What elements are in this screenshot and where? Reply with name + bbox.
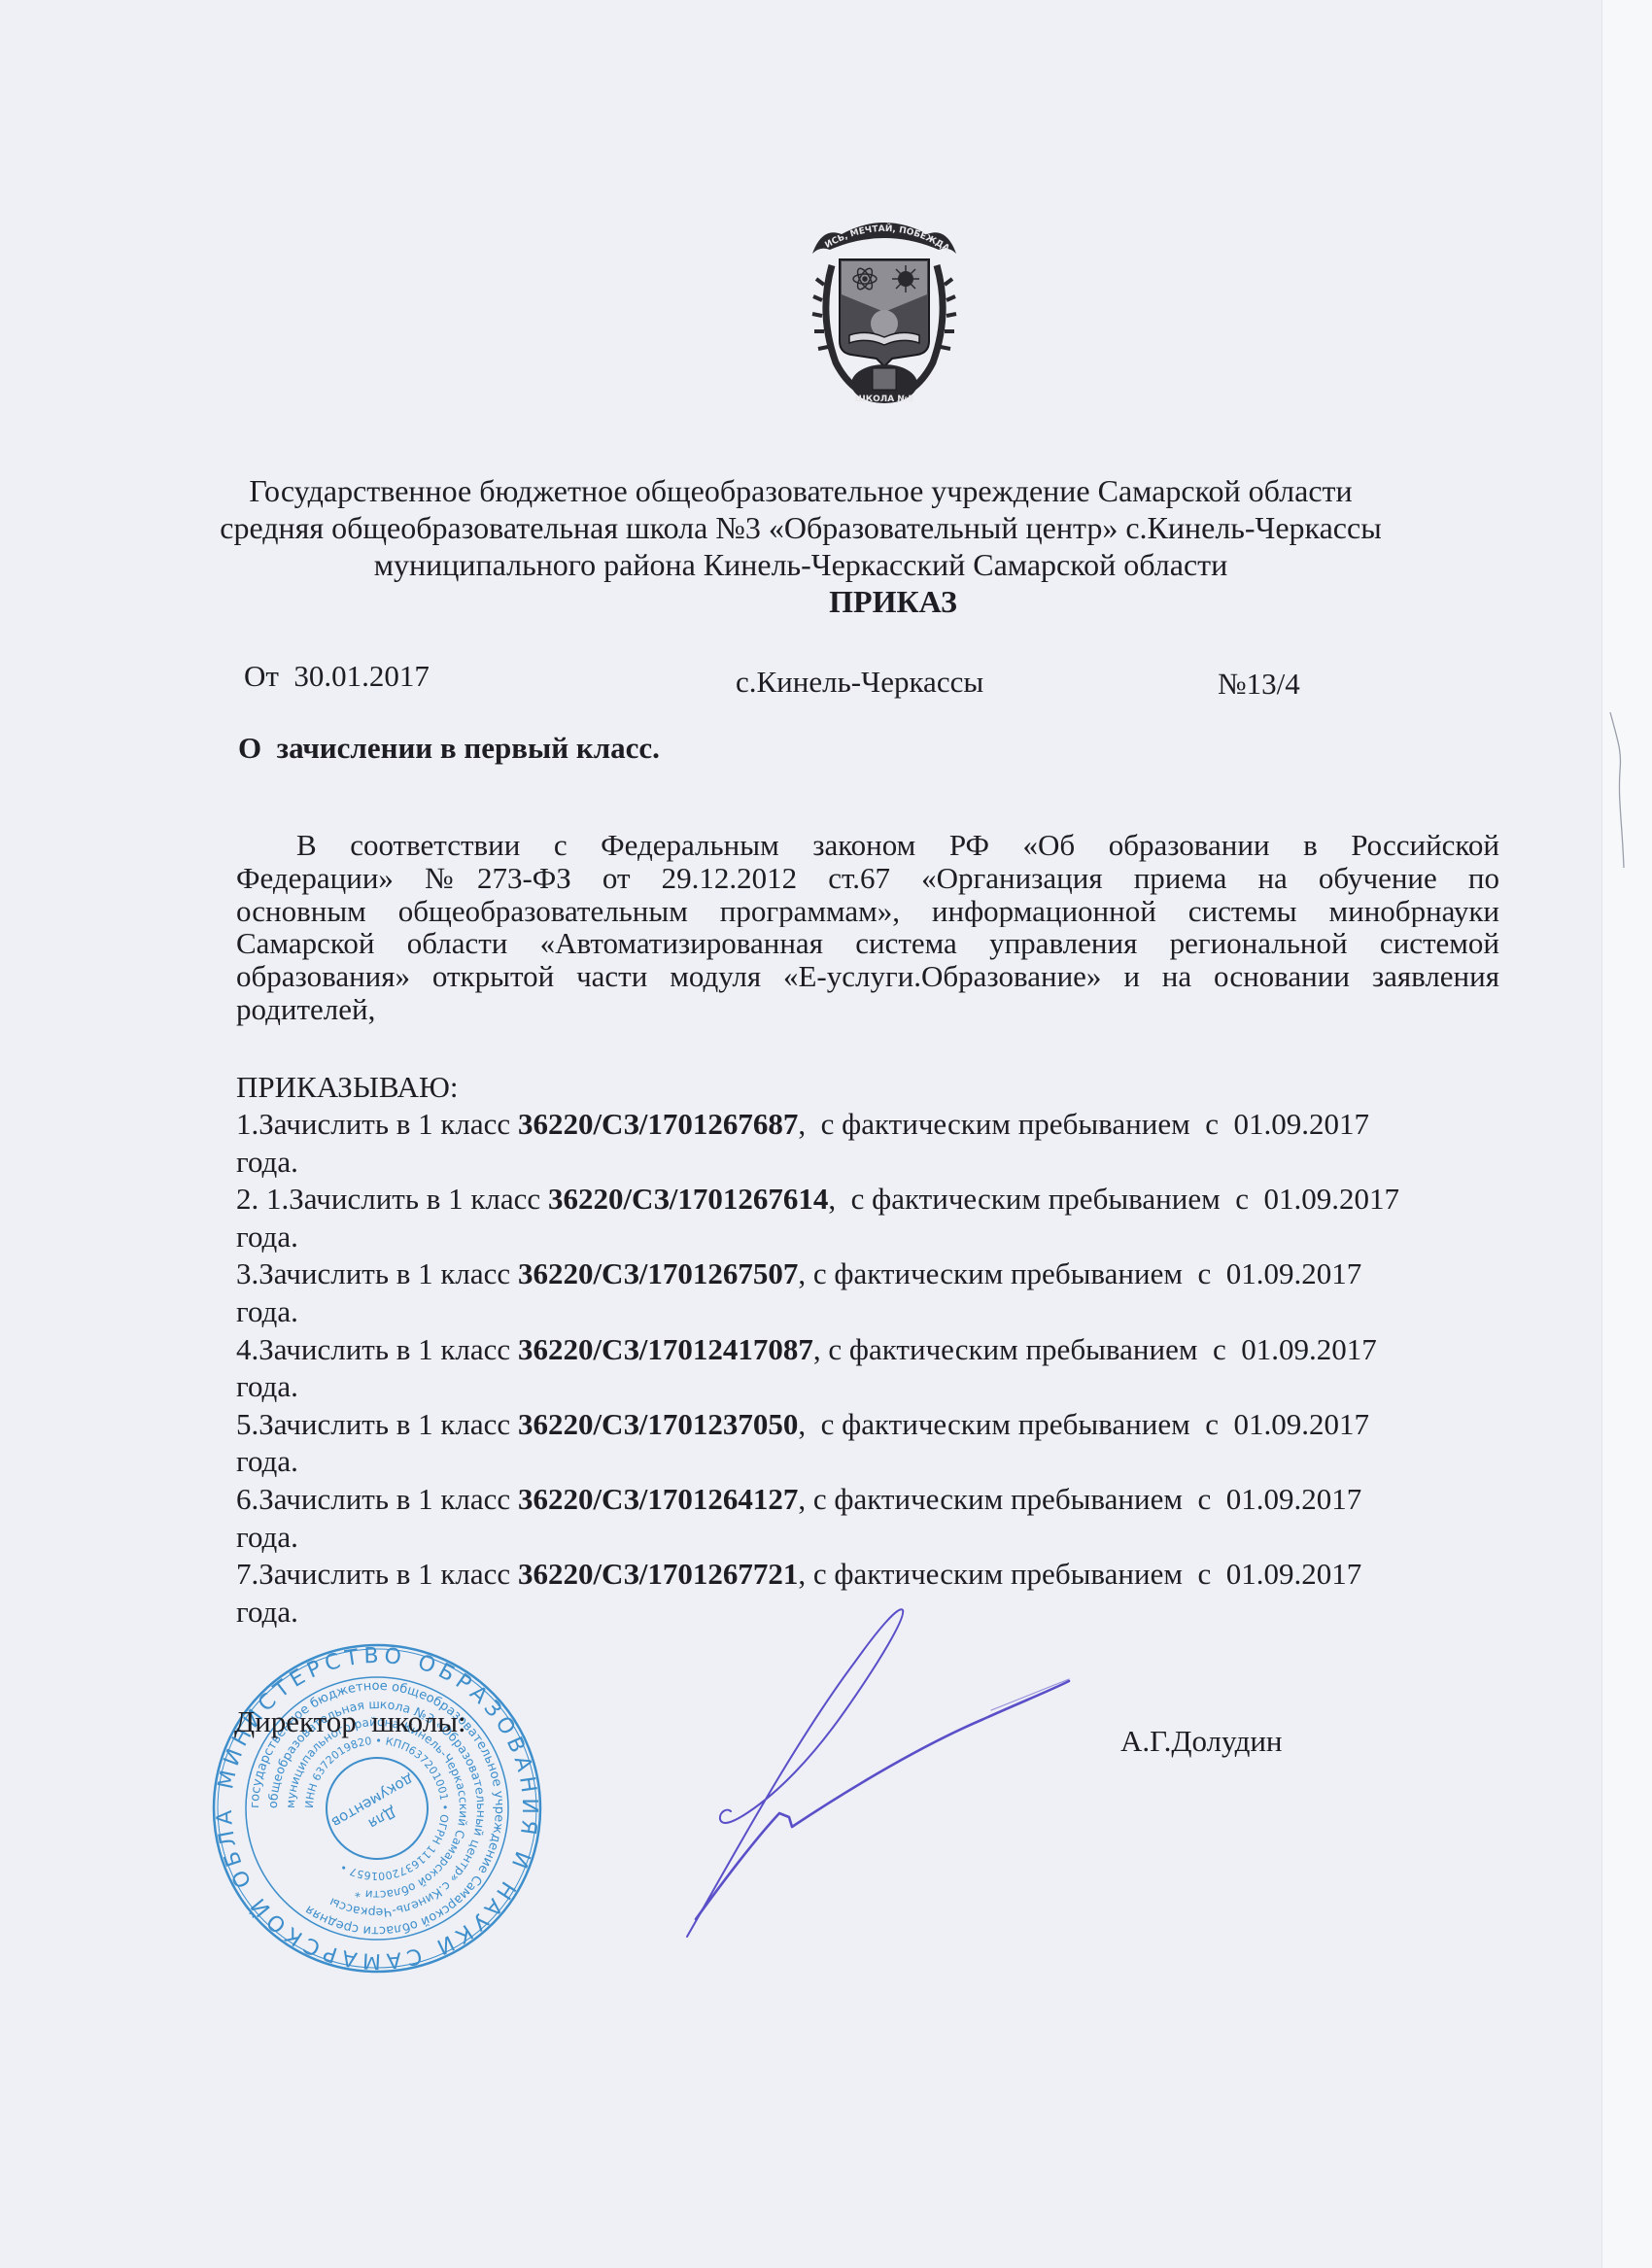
- institution-name-line-3: муниципального района Кинель-Черкасский …: [0, 546, 1601, 583]
- application-code: 36220/СЗ/1701267507: [518, 1256, 798, 1290]
- enrollment-item: 5.Зачислить в 1 класс 36220/СЗ/170123705…: [236, 1406, 1519, 1481]
- item-tail: года.: [236, 1443, 1519, 1481]
- school-emblem-icon: УЧИСЬ, МЕЧТАЙ, ПОБЕЖДАЙ ШКОЛА №3: [803, 207, 966, 411]
- item-prefix: 2. 1.Зачислить в 1 класс: [236, 1182, 548, 1216]
- item-suffix: , с фактическим пребыванием с 01.09.2017: [798, 1256, 1361, 1290]
- application-code: 36220/СЗ/1701237050: [518, 1407, 798, 1441]
- item-suffix: , с фактическим пребыванием с 01.09.2017: [813, 1332, 1377, 1366]
- paper-edge: [1601, 0, 1652, 2268]
- enrollment-item: 2. 1.Зачислить в 1 класс 36220/СЗ/170126…: [236, 1181, 1519, 1255]
- preamble-line: родителей,: [236, 993, 1499, 1026]
- order-place: с.Кинель-Черкассы: [736, 665, 983, 700]
- preamble-paragraph: В соответствии с Федеральным законом РФ …: [236, 829, 1499, 1026]
- item-suffix: , с фактическим пребыванием с 01.09.2017: [798, 1407, 1369, 1441]
- item-suffix: , с фактическим пребыванием с 01.09.2017: [798, 1557, 1361, 1591]
- official-stamp-icon: МИНИСТЕРСТВО ОБРАЗОВАНИЯ И НАУКИ САМАРСК…: [210, 1641, 544, 1976]
- signer-title: Директор школы:: [234, 1704, 466, 1739]
- item-prefix: 4.Зачислить в 1 класс: [236, 1332, 518, 1366]
- item-tail: года.: [236, 1219, 1519, 1256]
- item-prefix: 5.Зачислить в 1 класс: [236, 1407, 518, 1441]
- item-suffix: , с фактическим пребыванием с 01.09.2017: [798, 1482, 1361, 1516]
- item-tail: года.: [236, 1519, 1519, 1557]
- item-prefix: 1.Зачислить в 1 класс: [236, 1107, 518, 1141]
- document-type-title: ПРИКАЗ: [0, 583, 1601, 620]
- preamble-line: Самарской области «Автоматизированная си…: [236, 927, 1499, 960]
- item-tail: года.: [236, 1368, 1519, 1406]
- order-number: №13/4: [1218, 667, 1300, 702]
- item-prefix: 3.Зачислить в 1 класс: [236, 1256, 518, 1290]
- institution-name-line-2: средняя общеобразовательная школа №3 «Об…: [0, 509, 1601, 546]
- item-prefix: 6.Зачислить в 1 класс: [236, 1482, 518, 1516]
- svg-text:ШКОЛА №3: ШКОЛА №3: [855, 395, 914, 404]
- item-tail: года.: [236, 1144, 1519, 1182]
- item-tail: года.: [236, 1293, 1519, 1331]
- edge-pencil-mark: [1608, 712, 1628, 877]
- item-prefix: 7.Зачислить в 1 класс: [236, 1557, 518, 1591]
- item-suffix: , с фактическим пребыванием с 01.09.2017: [798, 1107, 1369, 1141]
- enrollment-item: 3.Зачислить в 1 класс 36220/СЗ/170126750…: [236, 1255, 1519, 1330]
- handwritten-signature-icon: [671, 1594, 1098, 1963]
- enrollment-item: 1.Зачислить в 1 класс 36220/СЗ/170126768…: [236, 1106, 1519, 1181]
- enrollment-list: 1.Зачислить в 1 класс 36220/СЗ/170126768…: [236, 1106, 1519, 1631]
- institution-name-line-1: Государственное бюджетное общеобразовате…: [0, 472, 1601, 509]
- preamble-line: образования» открытой части модуля «Е-ус…: [236, 960, 1499, 993]
- preamble-line: В соответствии с Федеральным законом РФ …: [236, 829, 1499, 862]
- preamble-line: Федерации» №273-ФЗ от 29.12.2012 ст.67 «…: [236, 862, 1499, 895]
- order-date: От 30.01.2017: [244, 659, 430, 694]
- order-subject: О зачислении в первый класс.: [238, 731, 660, 766]
- enrollment-item: 6.Зачислить в 1 класс 36220/СЗ/170126412…: [236, 1481, 1519, 1556]
- application-code: 36220/СЗ/1701267614: [548, 1182, 828, 1216]
- signer-name: А.Г.Долудин: [1120, 1724, 1283, 1759]
- application-code: 36220/СЗ/17012417087: [518, 1332, 813, 1366]
- item-suffix: , с фактическим пребыванием с 01.09.2017: [828, 1182, 1399, 1216]
- application-code: 36220/СЗ/1701267721: [518, 1557, 798, 1591]
- enrollment-item: 4.Зачислить в 1 класс 36220/СЗ/170124170…: [236, 1331, 1519, 1406]
- application-code: 36220/СЗ/1701264127: [518, 1482, 798, 1516]
- application-code: 36220/СЗ/1701267687: [518, 1107, 798, 1141]
- order-directive-heading: ПРИКАЗЫВАЮ:: [236, 1069, 458, 1106]
- preamble-line: основным общеобразовательным программам»…: [236, 895, 1499, 928]
